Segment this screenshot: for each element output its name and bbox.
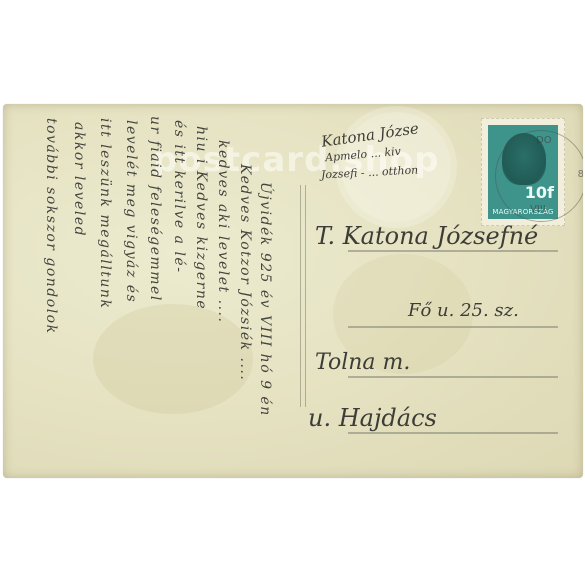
postmark-text: DO	[536, 135, 552, 146]
message-line: és itt kerilve a lé-	[171, 120, 187, 273]
postmark: DO 8 VIII	[495, 130, 583, 222]
message-line: ur fiaid feleségemmel	[147, 116, 163, 302]
postmark-text: VIII	[530, 204, 546, 215]
message-line: további sokszor gondolok	[43, 118, 59, 335]
message-line: Kedves Kotzor Józsiék ....	[237, 164, 253, 381]
address-rule	[348, 326, 558, 328]
message-line: hiu i Kedves kizgerne	[193, 126, 209, 310]
address-line-3: Tolna m.	[315, 350, 410, 375]
message-line: kedves aki levelet ....	[215, 140, 231, 323]
address-rule	[348, 432, 558, 434]
postmark-text: 8	[578, 169, 583, 180]
address-rule	[348, 376, 558, 378]
address-line-1: T. Katona Józsefné	[315, 222, 538, 250]
message-date-line: Újvidék 925 év VIII hó 9 én	[257, 182, 273, 417]
message-line: levelét meg vigyáz és	[123, 120, 139, 303]
message-line: itt leszünk megálltunk	[97, 118, 113, 309]
address-rule	[348, 250, 558, 252]
postcard-back: postcard.shop Újvidék 925 év VIII hó 9 é…	[3, 104, 583, 478]
address-line-2: Fő u. 25. sz.	[408, 300, 519, 321]
message-line: akkor leveled	[71, 122, 87, 237]
address-line-4: u. Hajdács	[308, 404, 437, 432]
center-divider	[300, 185, 306, 407]
